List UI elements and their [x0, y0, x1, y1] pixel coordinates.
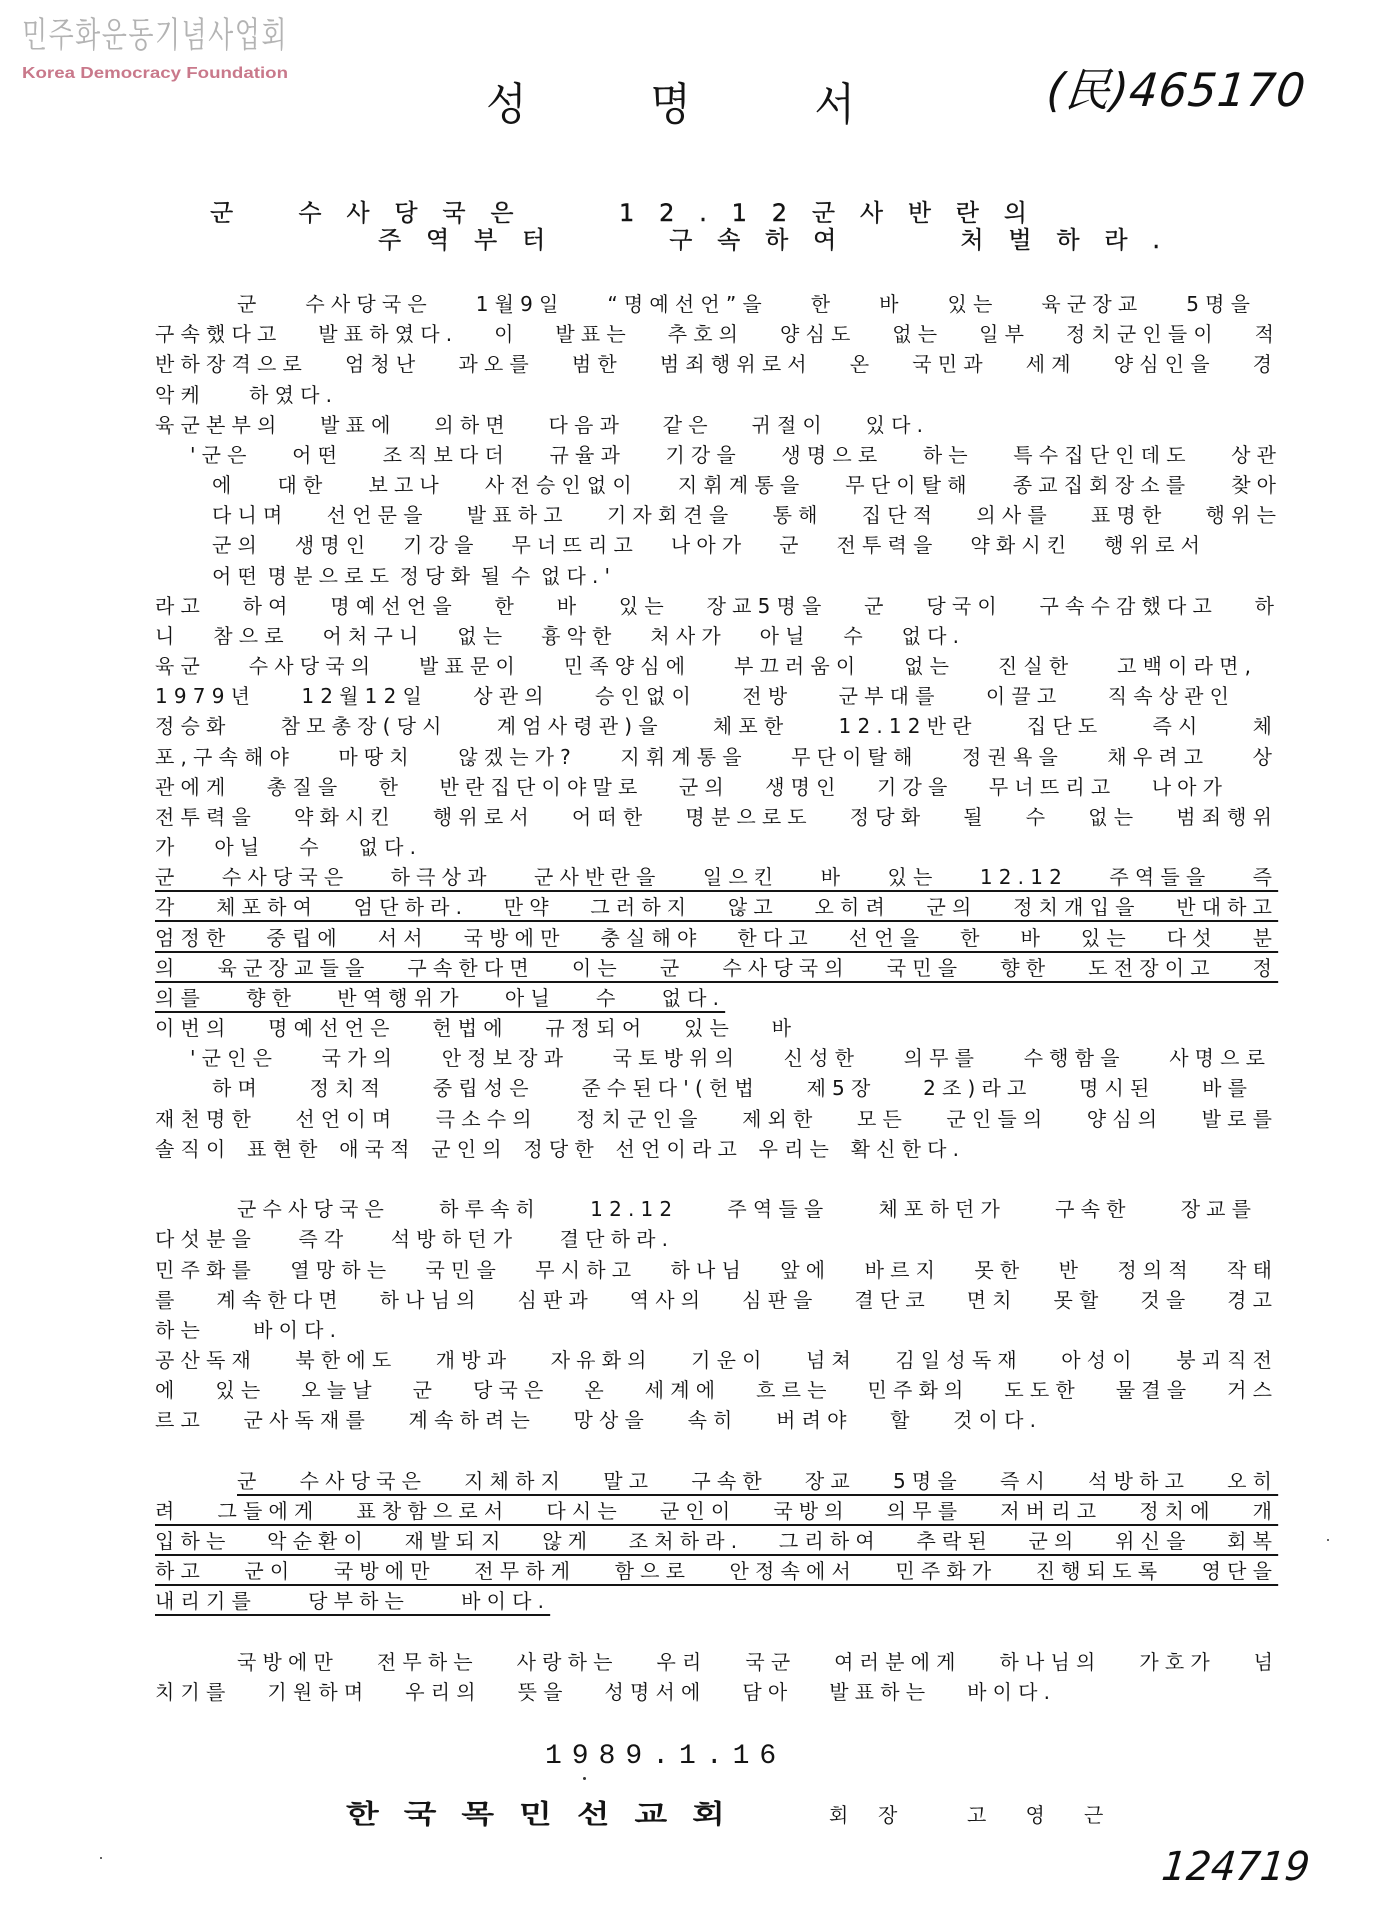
scan-speck: [1327, 1539, 1329, 1541]
body-line: 가 아닐 수 없다.: [155, 832, 416, 862]
body-line-text: 군 수사당국은 지체하지 말고 구속한 장교 5명을 즉시 석방하고 오히: [237, 1466, 1278, 1496]
body-line-underlined: 의를 향한 반역행위가 아닐 수 없다.: [155, 983, 719, 1013]
document-body: 군 수사당국은 1월9일 “명예선언”을 한 바 있는 육군장교 5명을 구속했…: [0, 289, 1400, 1707]
paragraph-gap: [0, 1164, 1400, 1194]
quoted-paragraph: '군은 어떤 조직보다더 규율과 기강을 생명으로 하는 특수집단인데도 상관 …: [0, 440, 1400, 591]
body-line: 반하장격으로 엄청난 과오를 범한 범죄행위로서 온 국민과 세계 양심인을 경: [155, 349, 1272, 379]
body-line-text: 구속했다고 발표하였다. 이 발표는 추호의 양심도 없는 일부 정치군인들이 …: [155, 319, 1280, 349]
body-line-text: 군수사당국은 하루속히 12.12 주역들을 체포하던가 구속한 장교를: [237, 1194, 1257, 1224]
logo-korean-name: 민주화운동기념사업회: [22, 16, 302, 56]
body-line-underlined: 내리기를 당부하는 바이다.: [155, 1586, 544, 1616]
body-line-underlined: 하고 군이 국방에만 전무하게 함으로 안정속에서 민주화가 진행되도록 영단을: [155, 1556, 1272, 1586]
body-line-underlined: 엄정한 중립에 서서 국방에만 충실해야 한다고 선언을 한 바 있는 다섯 분: [155, 923, 1272, 953]
body-line-text: 재천명한 선언이며 극소수의 정치군인을 제외한 모든 군인들의 양심의 발로를: [155, 1104, 1278, 1134]
body-line-text: 국방에만 전무하는 사랑하는 우리 국군 여러분에게 하나님의 가호가 넘: [237, 1647, 1279, 1677]
body-line-text: 의를 향한 반역행위가 아닐 수 없다.: [155, 983, 725, 1013]
body-line-text: 포,구속해야 마땅치 않겠는가? 지휘계통을 무단이탈해 정권욕을 채우려고 상: [155, 742, 1278, 772]
body-line: 군의 생명인 기강을 무너뜨리고 나아가 군 전투력을 약화시킨 행위로서: [212, 530, 1200, 560]
paragraph: 육군본부의 발표에 의하면 다음과 같은 귀절이 있다.: [0, 410, 1400, 440]
body-line: 이번의 명예선언은 헌법에 규정되어 있는 바: [155, 1013, 791, 1043]
paragraph: 라고 하여 명예선언을 한 바 있는 장교5명을 군 당국이 구속수감했다고 하…: [0, 591, 1400, 651]
paragraph: 군 수사당국은 1월9일 “명예선언”을 한 바 있는 육군장교 5명을 구속했…: [0, 289, 1400, 410]
handwritten-page-mark: 124719: [1159, 1840, 1312, 1894]
body-line-text: '군인은 국가의 안정보장과 국토방위의 신성한 의무를 수행함을 사명으로: [190, 1043, 1271, 1073]
signatory-name-text: 고영근: [967, 1800, 1142, 1830]
body-line-text: 악케 하였다.: [155, 380, 338, 410]
subtitle-text: 군 수사당국은 12.12군사반란의: [210, 198, 1052, 228]
paragraph: 국방에만 전무하는 사랑하는 우리 국군 여러분에게 하나님의 가호가 넘 치기…: [0, 1647, 1400, 1707]
body-line-underlined: 군 수사당국은 지체하지 말고 구속한 장교 5명을 즉시 석방하고 오히: [237, 1466, 1272, 1496]
body-line-underlined: 려 그들에게 표창함으로서 다시는 군인이 국방의 의무를 저버리고 정치에 개: [155, 1496, 1272, 1526]
subtitle-text: 주역부터 구속하여 처벌하라.: [378, 225, 1185, 255]
paragraph: 이번의 명예선언은 헌법에 규정되어 있는 바: [0, 1013, 1400, 1043]
body-line: 군 수사당국은 1월9일 “명예선언”을 한 바 있는 육군장교 5명을: [237, 289, 1250, 319]
body-line: 를 계속한다면 하나님의 심판과 역사의 심판을 결단코 면치 못할 것을 경고: [155, 1285, 1272, 1315]
body-line-underlined: 의 육군장교들을 구속한다면 이는 군 수사당국의 국민을 향한 도전장이고 정: [155, 953, 1272, 983]
body-line: 르고 군사독재를 계속하려는 망상을 속히 버려야 할 것이다.: [155, 1405, 1036, 1435]
body-line: 육군 수사당국의 발표문이 민족양심에 부끄러움이 없는 진실한 고백이라면,: [155, 651, 1251, 681]
paragraph: 공산독재 북한에도 개방과 자유화의 기운이 넘쳐 김일성독재 아성이 붕괴직전…: [0, 1345, 1400, 1436]
body-line-text: 에 있는 오늘날 군 당국은 온 세계에 흐르는 민주화의 도도한 물결을 거스: [155, 1375, 1278, 1405]
body-line: 다섯분을 즉각 석방하던가 결단하라.: [155, 1224, 668, 1254]
body-line: 국방에만 전무하는 사랑하는 우리 국군 여러분에게 하나님의 가호가 넘: [237, 1647, 1273, 1677]
body-line-text: 군 수사당국은 하극상과 군사반란을 일으킨 바 있는 12.12 주역들을 즉: [155, 862, 1278, 892]
underlined-paragraph: 군 수사당국은 지체하지 말고 구속한 장교 5명을 즉시 석방하고 오히 려 …: [0, 1466, 1400, 1617]
body-line: 공산독재 북한에도 개방과 자유화의 기운이 넘쳐 김일성독재 아성이 붕괴직전: [155, 1345, 1272, 1375]
document-title-text: 성 명 서: [486, 79, 856, 132]
body-line-text: 려 그들에게 표창함으로서 다시는 군인이 국방의 의무를 저버리고 정치에 개: [155, 1496, 1278, 1526]
body-line-text: 민주화를 열망하는 국민을 무시하고 하나님 앞에 바르지 못한 반 정의적 작…: [155, 1255, 1278, 1285]
body-line: 라고 하여 명예선언을 한 바 있는 장교5명을 군 당국이 구속수감했다고 하: [155, 591, 1274, 621]
signatory-position: 회장: [829, 1800, 927, 1830]
body-line-text: 군 수사당국은 1월9일 “명예선언”을 한 바 있는 육군장교 5명을: [237, 289, 1256, 319]
body-line-text: 다섯분을 즉각 석방하던가 결단하라.: [155, 1224, 674, 1254]
issuing-organization: 한국목민선교회: [346, 1797, 657, 1833]
body-line: 어떤 명분으로도 정당화 될 수 없다.': [212, 561, 610, 591]
body-line: 1979년 12월12일 상관의 승인없이 전방 군부대를 이끌고 직속상관인: [155, 681, 1229, 711]
body-line: 에 대한 보고나 사전승인없이 지휘계통을 무단이탈해 종교집회장소를 찾아: [212, 470, 1276, 500]
paragraph-gap: [0, 1617, 1400, 1647]
document-title: 성 명 서: [486, 80, 855, 130]
body-line: 니 참으로 어처구니 없는 흉악한 처사가 아닐 수 없다.: [155, 621, 959, 651]
handwritten-archive-mark: (民)465170: [1044, 60, 1309, 120]
body-line-text: 하는 바이다.: [155, 1315, 342, 1345]
body-line: '군은 어떤 조직보다더 규율과 기강을 생명으로 하는 특수집단인데도 상관: [190, 440, 1276, 470]
body-line-text: 엄정한 중립에 서서 국방에만 충실해야 한다고 선언을 한 바 있는 다섯 분: [155, 923, 1278, 953]
body-line-text: 공산독재 북한에도 개방과 자유화의 기운이 넘쳐 김일성독재 아성이 붕괴직전: [155, 1345, 1278, 1375]
body-line-text: 정승화 참모총장(당시 계엄사령관)을 체포한 12.12반란 집단도 즉시 체: [155, 711, 1278, 741]
paragraph: 육군 수사당국의 발표문이 민족양심에 부끄러움이 없는 진실한 고백이라면, …: [0, 651, 1400, 862]
body-line-text: 전투력을 약화시킨 행위로서 어떠한 명분으로도 정당화 될 수 없는 범죄행위: [155, 802, 1278, 832]
body-line-text: 관에게 총질을 한 반란집단이야말로 군의 생명인 기강을 무너뜨리고 나아가: [155, 772, 1228, 802]
foundation-logo: 민주화운동기념사업회 Korea Democracy Foundation: [22, 16, 302, 84]
body-line-text: 육군 수사당국의 발표문이 민족양심에 부끄러움이 없는 진실한 고백이라면,: [155, 651, 1257, 681]
body-line-text: 1979년 12월12일 상관의 승인없이 전방 군부대를 이끌고 직속상관인: [155, 681, 1235, 711]
body-line: 다니며 선언문을 발표하고 기자회견을 통해 집단적 의사를 표명한 행위는: [212, 500, 1276, 530]
body-line: 포,구속해야 마땅치 않겠는가? 지휘계통을 무단이탈해 정권욕을 채우려고 상: [155, 742, 1272, 772]
body-line-text: 입하는 악순환이 재발되지 않게 조처하라. 그리하여 추락된 군의 위신을 회…: [155, 1526, 1278, 1556]
body-line: 전투력을 약화시킨 행위로서 어떠한 명분으로도 정당화 될 수 없는 범죄행위: [155, 802, 1272, 832]
body-line: 정승화 참모총장(당시 계엄사령관)을 체포한 12.12반란 집단도 즉시 체: [155, 711, 1272, 741]
paragraph: 재천명한 선언이며 극소수의 정치군인을 제외한 모든 군인들의 양심의 발로를…: [0, 1104, 1400, 1164]
body-line-text: 니 참으로 어처구니 없는 흉악한 처사가 아닐 수 없다.: [155, 621, 965, 651]
body-line-text: 르고 군사독재를 계속하려는 망상을 속히 버려야 할 것이다.: [155, 1405, 1042, 1435]
subtitle-line-1: 군 수사당국은 12.12군사반란의: [210, 198, 1027, 228]
body-line-text: 육군본부의 발표에 의하면 다음과 같은 귀절이 있다.: [155, 410, 929, 440]
quoted-paragraph: '군인은 국가의 안정보장과 국토방위의 신성한 의무를 수행함을 사명으로 하…: [0, 1043, 1400, 1103]
body-line: 에 있는 오늘날 군 당국은 온 세계에 흐르는 민주화의 도도한 물결을 거스: [155, 1375, 1272, 1405]
logo-english-name: Korea Democracy Foundation: [22, 64, 302, 84]
statement-date: 1989.1.16: [545, 1740, 786, 1774]
body-line-text: '군은 어떤 조직보다더 규율과 기강을 생명으로 하는 특수집단인데도 상관: [190, 440, 1282, 470]
body-line: 재천명한 선언이며 극소수의 정치군인을 제외한 모든 군인들의 양심의 발로를: [155, 1104, 1272, 1134]
body-line-text: 의 육군장교들을 구속한다면 이는 군 수사당국의 국민을 향한 도전장이고 정: [155, 953, 1278, 983]
body-line-text: 하고 군이 국방에만 전무하게 함으로 안정속에서 민주화가 진행되도록 영단을: [155, 1556, 1278, 1586]
body-line-text: 반하장격으로 엄청난 과오를 범한 범죄행위로서 온 국민과 세계 양심인을 경: [155, 349, 1278, 379]
body-line: 육군본부의 발표에 의하면 다음과 같은 귀절이 있다.: [155, 410, 923, 440]
paragraph: 민주화를 열망하는 국민을 무시하고 하나님 앞에 바르지 못한 반 정의적 작…: [0, 1255, 1400, 1346]
body-line-text: 하며 정치적 중립성은 준수된다'(헌법 제5장 2조)라고 명시된 바를: [212, 1073, 1253, 1103]
signatory-position-text: 회장: [829, 1800, 927, 1830]
body-line-text: 솔직이 표현한 애국적 군인의 정당한 선언이라고 우리는 확신한다.: [155, 1134, 965, 1164]
paragraph-gap: [0, 1436, 1400, 1466]
body-line: 하는 바이다.: [155, 1315, 336, 1345]
body-line: 구속했다고 발표하였다. 이 발표는 추호의 양심도 없는 일부 정치군인들이 …: [155, 319, 1274, 349]
body-line: 치기를 기원하며 우리의 뜻을 성명서에 담아 발표하는 바이다.: [155, 1677, 1050, 1707]
organization-name: 한국목민선교회: [346, 1797, 750, 1833]
body-line-underlined: 군 수사당국은 하극상과 군사반란을 일으킨 바 있는 12.12 주역들을 즉: [155, 862, 1272, 892]
logo-english-text: Korea Democracy Foundation: [22, 64, 288, 84]
scan-speck: [100, 1857, 102, 1859]
body-line-text: 군의 생명인 기강을 무너뜨리고 나아가 군 전투력을 약화시킨 행위로서: [212, 530, 1206, 560]
body-line-text: 각 체포하여 엄단하라. 만약 그러하지 않고 오히려 군의 정치개입을 반대하…: [155, 892, 1278, 922]
logo-korean-text: 민주화운동기념사업회: [22, 9, 288, 63]
body-line: 하며 정치적 중립성은 준수된다'(헌법 제5장 2조)라고 명시된 바를: [212, 1073, 1247, 1103]
body-line-text: 에 대한 보고나 사전승인없이 지휘계통을 무단이탈해 종교집회장소를 찾아: [212, 470, 1282, 500]
body-line: 군수사당국은 하루속히 12.12 주역들을 체포하던가 구속한 장교를: [237, 1194, 1251, 1224]
body-line-text: 를 계속한다면 하나님의 심판과 역사의 심판을 결단코 면치 못할 것을 경고: [155, 1285, 1278, 1315]
body-line: 악케 하였다.: [155, 380, 332, 410]
signatory-name: 고영근: [967, 1800, 1142, 1830]
body-line: 관에게 총질을 한 반란집단이야말로 군의 생명인 기강을 무너뜨리고 나아가: [155, 772, 1222, 802]
body-line: 솔직이 표현한 애국적 군인의 정당한 선언이라고 우리는 확신한다.: [155, 1134, 959, 1164]
body-line: '군인은 국가의 안정보장과 국토방위의 신성한 의무를 수행함을 사명으로: [190, 1043, 1265, 1073]
body-line-underlined: 각 체포하여 엄단하라. 만약 그러하지 않고 오히려 군의 정치개입을 반대하…: [155, 892, 1272, 922]
body-line-text: 라고 하여 명예선언을 한 바 있는 장교5명을 군 당국이 구속수감했다고 하: [155, 591, 1280, 621]
paragraph: 군수사당국은 하루속히 12.12 주역들을 체포하던가 구속한 장교를 다섯분…: [0, 1194, 1400, 1254]
subtitle-line-2: 주역부터 구속하여 처벌하라.: [378, 225, 1160, 255]
scan-speck: [583, 1777, 586, 1780]
body-line-text: 가 아닐 수 없다.: [155, 832, 422, 862]
body-line-text: 내리기를 당부하는 바이다.: [155, 1586, 550, 1616]
body-line-underlined: 입하는 악순환이 재발되지 않게 조처하라. 그리하여 추락된 군의 위신을 회…: [155, 1526, 1272, 1556]
body-line: 민주화를 열망하는 국민을 무시하고 하나님 앞에 바르지 못한 반 정의적 작…: [155, 1255, 1272, 1285]
scanned-document-page: 민주화운동기념사업회 Korea Democracy Foundation 성 …: [0, 0, 1400, 1905]
body-line-text: 치기를 기원하며 우리의 뜻을 성명서에 담아 발표하는 바이다.: [155, 1677, 1056, 1707]
body-line-text: 이번의 명예선언은 헌법에 규정되어 있는 바: [155, 1013, 797, 1043]
body-line-text: 어떤 명분으로도 정당화 될 수 없다.': [212, 561, 616, 591]
body-line-text: 다니며 선언문을 발표하고 기자회견을 통해 집단적 의사를 표명한 행위는: [212, 500, 1282, 530]
underlined-paragraph: 군 수사당국은 하극상과 군사반란을 일으킨 바 있는 12.12 주역들을 즉…: [0, 862, 1400, 1013]
